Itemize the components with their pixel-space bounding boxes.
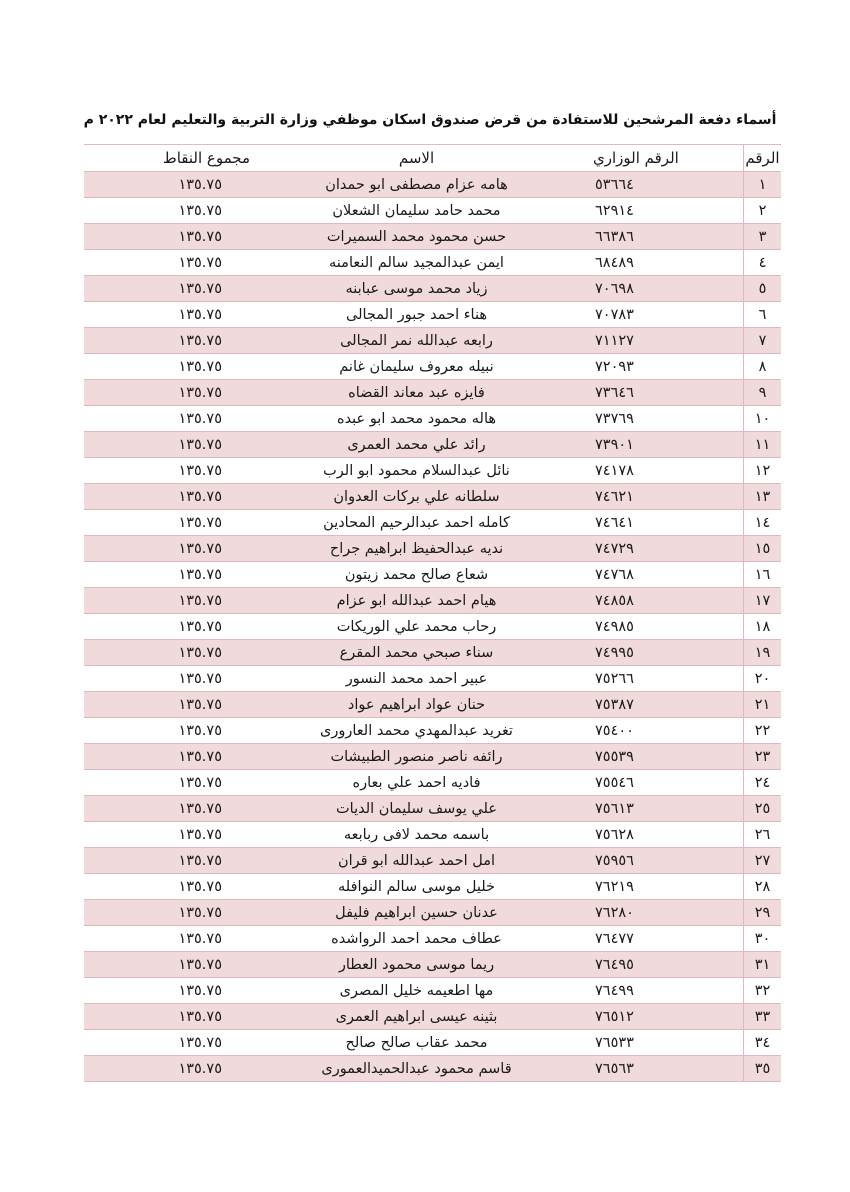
candidate-name: نائل عبدالسلام محمود ابو الرب xyxy=(274,458,559,484)
total-points: ١٣٥.٧٥ xyxy=(84,744,274,770)
header-ministry-id: الرقم الوزاري xyxy=(559,145,744,172)
row-number: ٣ xyxy=(744,224,782,250)
table-row: ٣١٧٦٤٩٥ريما موسى محمود العطار١٣٥.٧٥ xyxy=(84,952,781,978)
total-points: ١٣٥.٧٥ xyxy=(84,848,274,874)
ministry-id: ٧٥٩٥٦ xyxy=(559,848,744,874)
total-points: ١٣٥.٧٥ xyxy=(84,718,274,744)
ministry-id: ٧٤٧٢٩ xyxy=(559,536,744,562)
ministry-id: ٧٤٦٢١ xyxy=(559,484,744,510)
ministry-id: ٧٥٦٢٨ xyxy=(559,822,744,848)
total-points: ١٣٥.٧٥ xyxy=(84,874,274,900)
candidate-name: هامه عزام مصطفى ابو حمدان xyxy=(274,172,559,198)
ministry-id: ٧٦٤٩٥ xyxy=(559,952,744,978)
total-points: ١٣٥.٧٥ xyxy=(84,328,274,354)
candidate-name: بثينه عيسى ابراهيم العمرى xyxy=(274,1004,559,1030)
total-points: ١٣٥.٧٥ xyxy=(84,1030,274,1056)
candidate-name: تغريد عبدالمهدي محمد العارورى xyxy=(274,718,559,744)
header-name: الاسم xyxy=(274,145,559,172)
total-points: ١٣٥.٧٥ xyxy=(84,588,274,614)
table-row: ١٥٧٤٧٢٩نديه عبدالحفيظ ابراهيم جراح١٣٥.٧٥ xyxy=(84,536,781,562)
row-number: ١٢ xyxy=(744,458,782,484)
row-number: ١٨ xyxy=(744,614,782,640)
table-row: ٢٧٧٥٩٥٦امل احمد عبدالله ابو قران١٣٥.٧٥ xyxy=(84,848,781,874)
total-points: ١٣٥.٧٥ xyxy=(84,978,274,1004)
candidate-name: ايمن عبدالمجيد سالم النعامنه xyxy=(274,250,559,276)
candidate-name: فاديه احمد علي بعاره xyxy=(274,770,559,796)
total-points: ١٣٥.٧٥ xyxy=(84,770,274,796)
candidate-name: امل احمد عبدالله ابو قران xyxy=(274,848,559,874)
ministry-id: ٧٦٥١٢ xyxy=(559,1004,744,1030)
candidate-name: رحاب محمد علي الوريكات xyxy=(274,614,559,640)
ministry-id: ٦٢٩١٤ xyxy=(559,198,744,224)
ministry-id: ٧٤٩٨٥ xyxy=(559,614,744,640)
ministry-id: ٧٦٤٧٧ xyxy=(559,926,744,952)
candidate-name: سلطانه علي بركات العدوان xyxy=(274,484,559,510)
table-row: ١٠٧٣٧٦٩هاله محمود محمد ابو عبده١٣٥.٧٥ xyxy=(84,406,781,432)
total-points: ١٣٥.٧٥ xyxy=(84,614,274,640)
candidate-name: عبير احمد محمد النسور xyxy=(274,666,559,692)
ministry-id: ٧٦٢٨٠ xyxy=(559,900,744,926)
row-number: ٣٣ xyxy=(744,1004,782,1030)
table-row: ٤٦٨٤٨٩ايمن عبدالمجيد سالم النعامنه١٣٥.٧٥ xyxy=(84,250,781,276)
table-row: ٦٧٠٧٨٣هناء احمد جبور المجالى١٣٥.٧٥ xyxy=(84,302,781,328)
candidate-name: كامله احمد عبدالرحيم المحادين xyxy=(274,510,559,536)
ministry-id: ٧٤١٧٨ xyxy=(559,458,744,484)
ministry-id: ٧٦٤٩٩ xyxy=(559,978,744,1004)
table-row: ١٤٧٤٦٤١كامله احمد عبدالرحيم المحادين١٣٥.… xyxy=(84,510,781,536)
row-number: ١٣ xyxy=(744,484,782,510)
candidate-name: رابعه عبدالله نمر المجالى xyxy=(274,328,559,354)
ministry-id: ٧٣٦٤٦ xyxy=(559,380,744,406)
table-row: ٣٦٦٣٨٦حسن محمود محمد السميرات١٣٥.٧٥ xyxy=(84,224,781,250)
total-points: ١٣٥.٧٥ xyxy=(84,198,274,224)
total-points: ١٣٥.٧٥ xyxy=(84,406,274,432)
table-row: ٢٦٧٥٦٢٨باسمه محمد لافى ربابعه١٣٥.٧٥ xyxy=(84,822,781,848)
total-points: ١٣٥.٧٥ xyxy=(84,276,274,302)
candidate-name: نبيله معروف سليمان غانم xyxy=(274,354,559,380)
total-points: ١٣٥.٧٥ xyxy=(84,562,274,588)
row-number: ١٥ xyxy=(744,536,782,562)
candidate-name: رائد علي محمد العمرى xyxy=(274,432,559,458)
table-body: ١٥٣٦٦٤هامه عزام مصطفى ابو حمدان١٣٥.٧٥٢٦٢… xyxy=(84,172,781,1082)
ministry-id: ٧٣٧٦٩ xyxy=(559,406,744,432)
row-number: ٢٩ xyxy=(744,900,782,926)
ministry-id: ٧٤٩٩٥ xyxy=(559,640,744,666)
row-number: ٢ xyxy=(744,198,782,224)
ministry-id: ٧٥٢٦٦ xyxy=(559,666,744,692)
ministry-id: ٧٥٤٠٠ xyxy=(559,718,744,744)
total-points: ١٣٥.٧٥ xyxy=(84,692,274,718)
table-row: ١١٧٣٩٠١رائد علي محمد العمرى١٣٥.٧٥ xyxy=(84,432,781,458)
row-number: ٢٦ xyxy=(744,822,782,848)
table-row: ٥٧٠٦٩٨زياد محمد موسى عبابنه١٣٥.٧٥ xyxy=(84,276,781,302)
total-points: ١٣٥.٧٥ xyxy=(84,536,274,562)
candidate-name: نديه عبدالحفيظ ابراهيم جراح xyxy=(274,536,559,562)
ministry-id: ٧٦٥٦٣ xyxy=(559,1056,744,1082)
total-points: ١٣٥.٧٥ xyxy=(84,380,274,406)
header-points: مجموع النقاط xyxy=(84,145,274,172)
total-points: ١٣٥.٧٥ xyxy=(84,1056,274,1082)
row-number: ٢٠ xyxy=(744,666,782,692)
ministry-id: ٧٥٣٨٧ xyxy=(559,692,744,718)
candidate-name: باسمه محمد لافى ربابعه xyxy=(274,822,559,848)
total-points: ١٣٥.٧٥ xyxy=(84,796,274,822)
candidate-name: ريما موسى محمود العطار xyxy=(274,952,559,978)
total-points: ١٣٥.٧٥ xyxy=(84,302,274,328)
total-points: ١٣٥.٧٥ xyxy=(84,926,274,952)
total-points: ١٣٥.٧٥ xyxy=(84,250,274,276)
row-number: ٢٧ xyxy=(744,848,782,874)
table-row: ٢٩٧٦٢٨٠عدنان حسين ابراهيم فليفل١٣٥.٧٥ xyxy=(84,900,781,926)
table-row: ١٣٧٤٦٢١سلطانه علي بركات العدوان١٣٥.٧٥ xyxy=(84,484,781,510)
ministry-id: ٥٣٦٦٤ xyxy=(559,172,744,198)
table-row: ٢٨٧٦٢١٩خليل موسى سالم النوافله١٣٥.٧٥ xyxy=(84,874,781,900)
row-number: ٣٥ xyxy=(744,1056,782,1082)
row-number: ٣٠ xyxy=(744,926,782,952)
candidate-name: هاله محمود محمد ابو عبده xyxy=(274,406,559,432)
ministry-id: ٦٦٣٨٦ xyxy=(559,224,744,250)
table-row: ٢٠٧٥٢٦٦عبير احمد محمد النسور١٣٥.٧٥ xyxy=(84,666,781,692)
row-number: ١٦ xyxy=(744,562,782,588)
table-row: ٢١٧٥٣٨٧حنان عواد ابراهيم عواد١٣٥.٧٥ xyxy=(84,692,781,718)
document-title: أسماء دفعة المرشحين للاستفادة من قرض صند… xyxy=(80,112,780,128)
candidates-table: الرقم الرقم الوزاري الاسم مجموع النقاط ١… xyxy=(84,144,781,1082)
table-header-row: الرقم الرقم الوزاري الاسم مجموع النقاط xyxy=(84,145,781,172)
candidate-name: عطاف محمد احمد الرواشده xyxy=(274,926,559,952)
total-points: ١٣٥.٧٥ xyxy=(84,354,274,380)
row-number: ١١ xyxy=(744,432,782,458)
ministry-id: ٦٨٤٨٩ xyxy=(559,250,744,276)
total-points: ١٣٥.٧٥ xyxy=(84,1004,274,1030)
candidate-name: سناء صبحي محمد المقرع xyxy=(274,640,559,666)
table-row: ٧٧١١٢٧رابعه عبدالله نمر المجالى١٣٥.٧٥ xyxy=(84,328,781,354)
candidate-name: عدنان حسين ابراهيم فليفل xyxy=(274,900,559,926)
ministry-id: ٧٤٨٥٨ xyxy=(559,588,744,614)
candidate-name: محمد عقاب صالح صالح xyxy=(274,1030,559,1056)
row-number: ٣٢ xyxy=(744,978,782,1004)
row-number: ٢٨ xyxy=(744,874,782,900)
row-number: ١٧ xyxy=(744,588,782,614)
ministry-id: ٧٦٢١٩ xyxy=(559,874,744,900)
table-row: ٣٣٧٦٥١٢بثينه عيسى ابراهيم العمرى١٣٥.٧٥ xyxy=(84,1004,781,1030)
ministry-id: ٧٥٥٤٦ xyxy=(559,770,744,796)
table-row: ٢٣٧٥٥٣٩رائفه ناصر منصور الطبيشات١٣٥.٧٥ xyxy=(84,744,781,770)
candidate-name: شعاع صالح محمد زيتون xyxy=(274,562,559,588)
table-row: ٣٤٧٦٥٣٣محمد عقاب صالح صالح١٣٥.٧٥ xyxy=(84,1030,781,1056)
total-points: ١٣٥.٧٥ xyxy=(84,432,274,458)
row-number: ٥ xyxy=(744,276,782,302)
candidate-name: هناء احمد جبور المجالى xyxy=(274,302,559,328)
table-row: ١٩٧٤٩٩٥سناء صبحي محمد المقرع١٣٥.٧٥ xyxy=(84,640,781,666)
candidate-name: حنان عواد ابراهيم عواد xyxy=(274,692,559,718)
table-row: ٣٠٧٦٤٧٧عطاف محمد احمد الرواشده١٣٥.٧٥ xyxy=(84,926,781,952)
row-number: ٣٤ xyxy=(744,1030,782,1056)
ministry-id: ٧٥٥٣٩ xyxy=(559,744,744,770)
row-number: ١٠ xyxy=(744,406,782,432)
header-number: الرقم xyxy=(744,145,782,172)
table-row: ٣٥٧٦٥٦٣قاسم محمود عبدالحميدالعمورى١٣٥.٧٥ xyxy=(84,1056,781,1082)
row-number: ٢٤ xyxy=(744,770,782,796)
table-row: ٢٢٧٥٤٠٠تغريد عبدالمهدي محمد العارورى١٣٥.… xyxy=(84,718,781,744)
ministry-id: ٧٤٧٦٨ xyxy=(559,562,744,588)
row-number: ٢٥ xyxy=(744,796,782,822)
total-points: ١٣٥.٧٥ xyxy=(84,224,274,250)
total-points: ١٣٥.٧٥ xyxy=(84,900,274,926)
table-row: ٢٦٢٩١٤محمد حامد سليمان الشعلان١٣٥.٧٥ xyxy=(84,198,781,224)
total-points: ١٣٥.٧٥ xyxy=(84,640,274,666)
ministry-id: ٧٦٥٣٣ xyxy=(559,1030,744,1056)
row-number: ٢٢ xyxy=(744,718,782,744)
row-number: ٨ xyxy=(744,354,782,380)
row-number: ٩ xyxy=(744,380,782,406)
candidate-name: هيام احمد عبدالله ابو عزام xyxy=(274,588,559,614)
row-number: ٢١ xyxy=(744,692,782,718)
candidate-name: قاسم محمود عبدالحميدالعمورى xyxy=(274,1056,559,1082)
candidate-name: محمد حامد سليمان الشعلان xyxy=(274,198,559,224)
table-row: ١٨٧٤٩٨٥رحاب محمد علي الوريكات١٣٥.٧٥ xyxy=(84,614,781,640)
table-row: ٩٧٣٦٤٦فايزه عبد معاند القضاه١٣٥.٧٥ xyxy=(84,380,781,406)
ministry-id: ٧٢٠٩٣ xyxy=(559,354,744,380)
table-row: ٣٢٧٦٤٩٩مها اطعيمه خليل المصرى١٣٥.٧٥ xyxy=(84,978,781,1004)
candidate-name: رائفه ناصر منصور الطبيشات xyxy=(274,744,559,770)
total-points: ١٣٥.٧٥ xyxy=(84,458,274,484)
total-points: ١٣٥.٧٥ xyxy=(84,484,274,510)
table-row: ٢٥٧٥٦١٣علي يوسف سليمان الديات١٣٥.٧٥ xyxy=(84,796,781,822)
candidate-name: علي يوسف سليمان الديات xyxy=(274,796,559,822)
row-number: ٦ xyxy=(744,302,782,328)
row-number: ٤ xyxy=(744,250,782,276)
candidate-name: حسن محمود محمد السميرات xyxy=(274,224,559,250)
total-points: ١٣٥.٧٥ xyxy=(84,822,274,848)
ministry-id: ٧١١٢٧ xyxy=(559,328,744,354)
ministry-id: ٧٠٦٩٨ xyxy=(559,276,744,302)
row-number: ١٩ xyxy=(744,640,782,666)
total-points: ١٣٥.٧٥ xyxy=(84,666,274,692)
candidate-name: مها اطعيمه خليل المصرى xyxy=(274,978,559,1004)
table-row: ١٥٣٦٦٤هامه عزام مصطفى ابو حمدان١٣٥.٧٥ xyxy=(84,172,781,198)
candidate-name: فايزه عبد معاند القضاه xyxy=(274,380,559,406)
row-number: ١٤ xyxy=(744,510,782,536)
row-number: ٧ xyxy=(744,328,782,354)
ministry-id: ٧٣٩٠١ xyxy=(559,432,744,458)
row-number: ٢٣ xyxy=(744,744,782,770)
total-points: ١٣٥.٧٥ xyxy=(84,510,274,536)
candidate-name: خليل موسى سالم النوافله xyxy=(274,874,559,900)
total-points: ١٣٥.٧٥ xyxy=(84,952,274,978)
total-points: ١٣٥.٧٥ xyxy=(84,172,274,198)
table-row: ١٢٧٤١٧٨نائل عبدالسلام محمود ابو الرب١٣٥.… xyxy=(84,458,781,484)
row-number: ١ xyxy=(744,172,782,198)
ministry-id: ٧٥٦١٣ xyxy=(559,796,744,822)
table-row: ٢٤٧٥٥٤٦فاديه احمد علي بعاره١٣٥.٧٥ xyxy=(84,770,781,796)
ministry-id: ٧٤٦٤١ xyxy=(559,510,744,536)
row-number: ٣١ xyxy=(744,952,782,978)
table-row: ١٧٧٤٨٥٨هيام احمد عبدالله ابو عزام١٣٥.٧٥ xyxy=(84,588,781,614)
table-row: ٨٧٢٠٩٣نبيله معروف سليمان غانم١٣٥.٧٥ xyxy=(84,354,781,380)
table-row: ١٦٧٤٧٦٨شعاع صالح محمد زيتون١٣٥.٧٥ xyxy=(84,562,781,588)
ministry-id: ٧٠٧٨٣ xyxy=(559,302,744,328)
candidate-name: زياد محمد موسى عبابنه xyxy=(274,276,559,302)
